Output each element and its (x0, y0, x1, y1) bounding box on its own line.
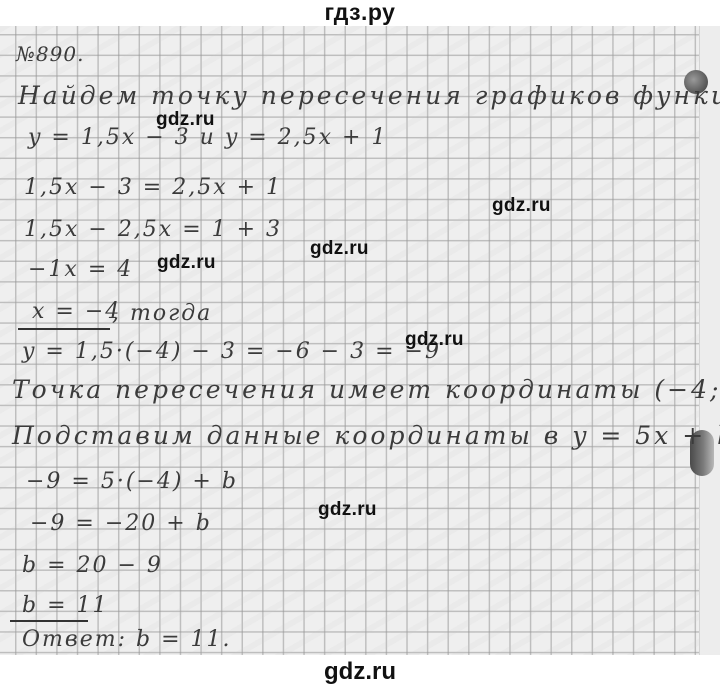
solution-line-3: 1,5x − 3 = 2,5x + 1 (24, 176, 282, 200)
result-underline (18, 328, 110, 330)
watermark: gdz.ru (157, 253, 216, 273)
problem-number: №890. (16, 42, 84, 66)
solution-line-13: b = 20 − 9 (22, 554, 163, 578)
footer: gdz.ru (0, 655, 720, 687)
watermark: gdz.ru (492, 196, 551, 216)
solution-line-8: y = 1,5·(−4) − 3 = −6 − 3 = −9 (22, 340, 441, 364)
watermark: gdz.ru (310, 239, 369, 259)
answer-divider (10, 620, 88, 622)
solution-line-1: Найдем точку пересечения графиков функци… (18, 84, 720, 108)
paper-edge (699, 26, 720, 655)
solution-line-4: 1,5x − 2,5x = 1 + 3 (24, 218, 282, 242)
site-title: гдз.ру (325, 0, 396, 24)
solution-line-12: −9 = −20 + b (30, 512, 212, 536)
solution-line-5: −1x = 4 (28, 258, 133, 282)
site-header: гдз.ру (0, 0, 720, 26)
watermark: gdz.ru (318, 500, 377, 520)
solution-line-11: −9 = 5·(−4) + b (26, 470, 238, 494)
solution-line-6: x = −4 (32, 300, 121, 324)
solution-line-14: b = 11 (22, 594, 109, 618)
notebook-page: №890. Найдем точку пересечения графиков … (0, 26, 720, 655)
solution-line-10: Подставим данные координаты в y = 5x + b (12, 424, 720, 448)
answer-line: Ответ: b = 11. (22, 628, 231, 652)
footer-watermark: gdz.ru (324, 658, 396, 686)
watermark: gdz.ru (405, 330, 464, 350)
solution-line-7: , тогда (112, 302, 212, 326)
solution-line-9: Точка пересечения имеет координаты (−4; … (12, 378, 720, 402)
watermark: gdz.ru (156, 110, 215, 130)
